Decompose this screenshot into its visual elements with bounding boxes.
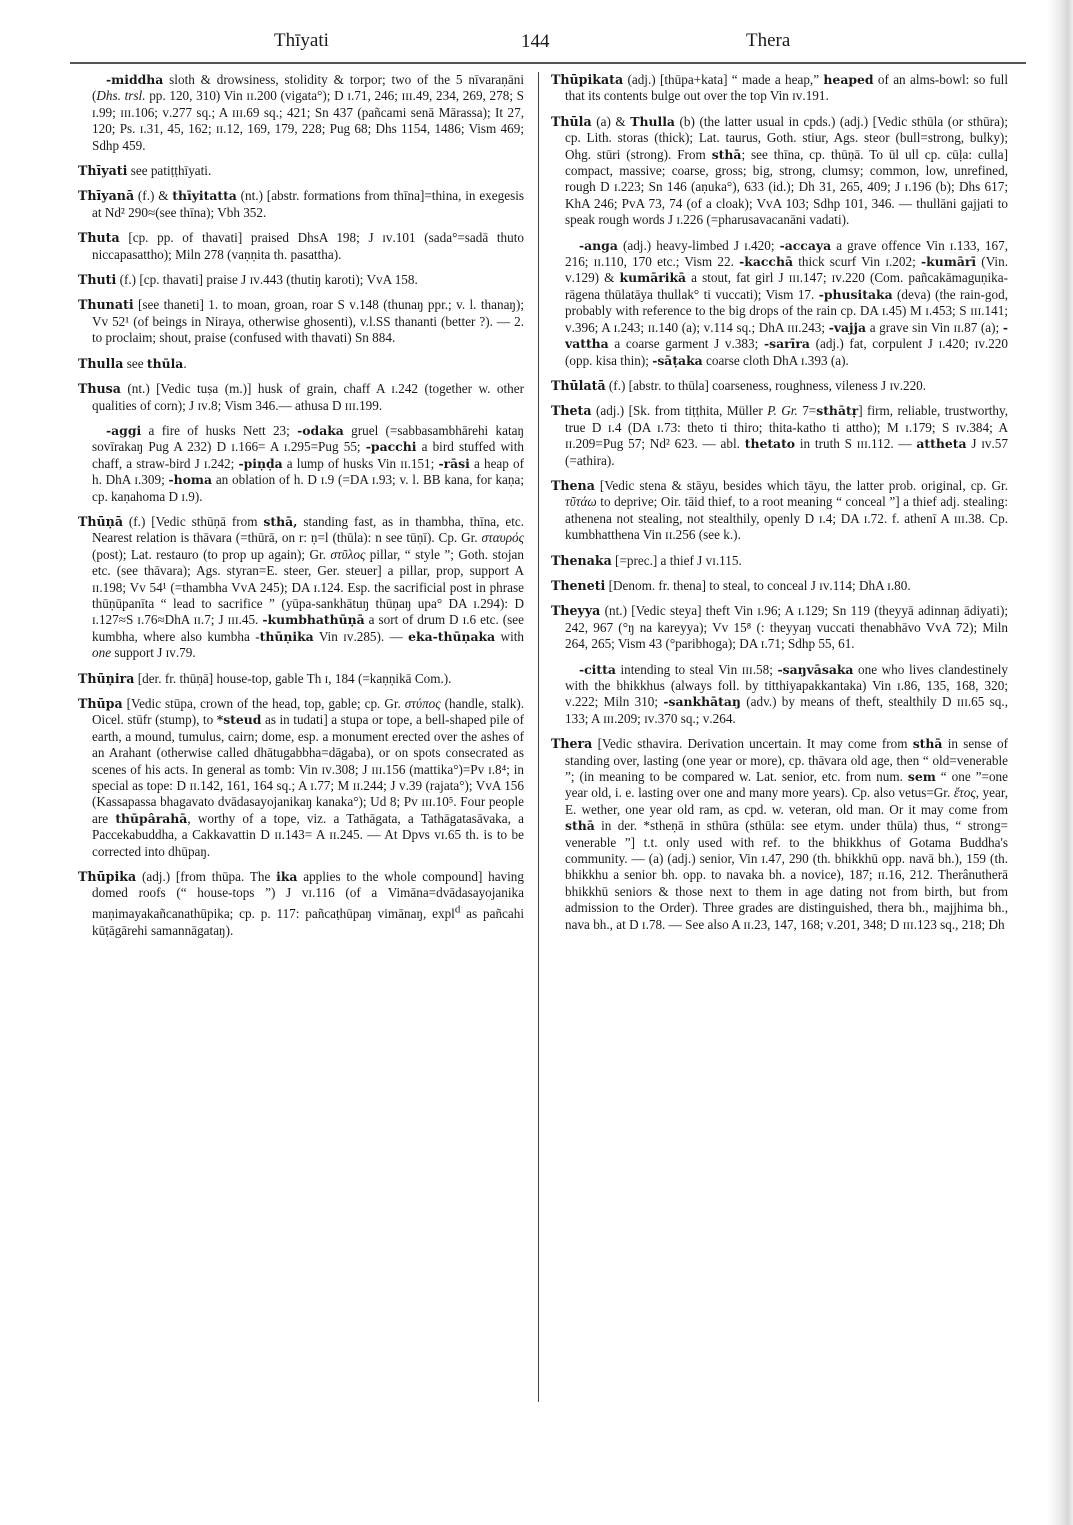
dictionary-entry: Thīyati see patiṭṭhīyati. xyxy=(78,163,524,179)
entry-headword: Thulla xyxy=(78,356,123,371)
entry-definition: [Vedic stūpa, crown of the head, top, ga… xyxy=(92,696,524,859)
entry-headword: Theyya xyxy=(551,603,600,618)
entry-definition: [see thaneti] 1. to moan, groan, roar S … xyxy=(92,297,524,345)
entry-definition: [cp. pp. of thavati] praised DhsA 198; J… xyxy=(92,230,524,261)
dictionary-entry: Thūṇira [der. fr. thūṇā] house-top, gabl… xyxy=(78,671,524,687)
dictionary-entry: Thūpika (adj.) [from thūpa. The ika appl… xyxy=(78,869,524,939)
entry-definition: (adj.) [from thūpa. The ika applies to t… xyxy=(92,869,524,938)
dictionary-entry: Theta (adj.) [Sk. from tiṭṭhita, Müller … xyxy=(551,403,1008,469)
dictionary-entry: Thuta [cp. pp. of thavati] praised DhsA … xyxy=(78,230,524,263)
entry-definition: see thūla. xyxy=(123,356,186,371)
entry-definition: [=prec.] a thief J ᴠɪ.115. xyxy=(612,553,742,568)
dictionary-entry: Thenaka [=prec.] a thief J ᴠɪ.115. xyxy=(551,553,1008,569)
entry-headword: Thusa xyxy=(78,381,121,396)
entry-headword: Thuti xyxy=(78,272,116,287)
dictionary-entry: Thūpa [Vedic stūpa, crown of the head, t… xyxy=(78,696,524,860)
entry-headword: Thenaka xyxy=(551,553,612,568)
dictionary-entry: Thīyanā (f.) & thīyitatta (nt.) [abstr. … xyxy=(78,188,524,221)
entry-definition: see patiṭṭhīyati. xyxy=(127,163,211,178)
entry-headword: Theta xyxy=(551,403,592,418)
entry-headword: Theneti xyxy=(551,578,605,593)
entry-headword: Thūlatā xyxy=(551,378,606,393)
dictionary-entry: Theyya (nt.) [Vedic steya] theft Vin ɪ.9… xyxy=(551,603,1008,652)
entry-definition: (f.) [cp. thavati] praise J ɪᴠ.443 (thut… xyxy=(116,272,417,287)
entry-definition: (f.) [Vedic sthūṇā from sthā, standing f… xyxy=(92,514,524,660)
entry-headword: Thūṇira xyxy=(78,671,134,686)
entry-headword: Thūṇā xyxy=(78,514,123,529)
entry-definition: (nt.) [Vedic steya] theft Vin ɪ.96; A ɪ.… xyxy=(565,603,1008,651)
entry-headword: Thunati xyxy=(78,297,134,312)
entry-headword: Thūpa xyxy=(78,696,123,711)
compound-subentry: -citta intending to steal Vin ɪɪɪ.58; -s… xyxy=(565,662,1008,728)
dictionary-entry: Thena [Vedic stena & stāyu, besides whic… xyxy=(551,478,1008,544)
dictionary-entry: Thuti (f.) [cp. thavati] praise J ɪᴠ.443… xyxy=(78,272,524,288)
entry-headword: Thena xyxy=(551,478,595,493)
dictionary-entry: Theneti [Denom. fr. thena] to steal, to … xyxy=(551,578,1008,594)
entry-headword: Thīyanā xyxy=(78,188,134,203)
entry-headword: Thīyati xyxy=(78,163,127,178)
entry-headword: Thūpikata xyxy=(551,72,623,87)
dictionary-entry: Thūlatā (f.) [abstr. to thūla] coarsenes… xyxy=(551,378,1008,394)
entry-headword: Thera xyxy=(551,736,592,751)
dictionary-entry: Thūṇā (f.) [Vedic sthūṇā from sthā, stan… xyxy=(78,514,524,662)
right-column: Thūpikata (adj.) [thūpa+kata] “ made a h… xyxy=(551,72,1008,942)
left-guide-word: Thīyati xyxy=(274,30,329,52)
dictionary-entry: Thera [Vedic sthavira. Derivation uncert… xyxy=(551,736,1008,933)
column-divider xyxy=(538,72,539,1402)
entry-headword: Thūla xyxy=(551,114,592,129)
dictionary-entry: Thūpikata (adj.) [thūpa+kata] “ made a h… xyxy=(551,72,1008,105)
entry-definition: (adj.) [thūpa+kata] “ made a heap,” heap… xyxy=(565,72,1008,103)
dictionary-entry: Thunati [see thaneti] 1. to moan, groan,… xyxy=(78,297,524,346)
running-header: Thīyati 144 Thera xyxy=(76,26,1026,56)
continued-entry: -middha sloth & drowsiness, stolidity & … xyxy=(92,72,524,154)
header-rule xyxy=(70,62,1026,64)
entry-definition: (adj.) [Sk. from tiṭṭhita, Müller P. Gr.… xyxy=(565,403,1008,467)
right-guide-word: Thera xyxy=(746,30,790,52)
entry-definition: [der. fr. thūṇā] house-top, gable Th ɪ, … xyxy=(134,671,451,686)
dictionary-entry: Thulla see thūla. xyxy=(78,356,524,372)
entry-definition: [Vedic stena & stāyu, besides which tāyu… xyxy=(565,478,1008,542)
page-number: 144 xyxy=(521,31,550,53)
entry-definition: [Vedic sthavira. Derivation uncertain. I… xyxy=(565,736,1008,931)
entry-definition: (nt.) [Vedic tuṣa (m.)] husk of grain, c… xyxy=(92,381,524,412)
entry-definition: (f.) [abstr. to thūla] coarseness, rough… xyxy=(606,378,926,393)
left-column: -middha sloth & drowsiness, stolidity & … xyxy=(78,72,524,948)
dictionary-entry: Thusa (nt.) [Vedic tuṣa (m.)] husk of gr… xyxy=(78,381,524,414)
dictionary-entry: Thūla (a) & Thulla (b) (the latter usual… xyxy=(551,114,1008,229)
compound-subentry: -aggi a fire of husks Nett 23; -odaka gr… xyxy=(92,423,524,505)
entry-definition: [Denom. fr. thena] to steal, to conceal … xyxy=(605,578,910,593)
entry-definition: (f.) & thīyitatta (nt.) [abstr. formatio… xyxy=(92,188,524,219)
page-edge-shadow xyxy=(1047,0,1073,1525)
entry-definition: (a) & Thulla (b) (the latter usual in cp… xyxy=(565,114,1008,227)
compound-subentry: -anga (adj.) heavy-limbed J ɪ.420; -acca… xyxy=(565,238,1008,369)
entry-headword: Thuta xyxy=(78,230,120,245)
entry-headword: Thūpika xyxy=(78,869,136,884)
